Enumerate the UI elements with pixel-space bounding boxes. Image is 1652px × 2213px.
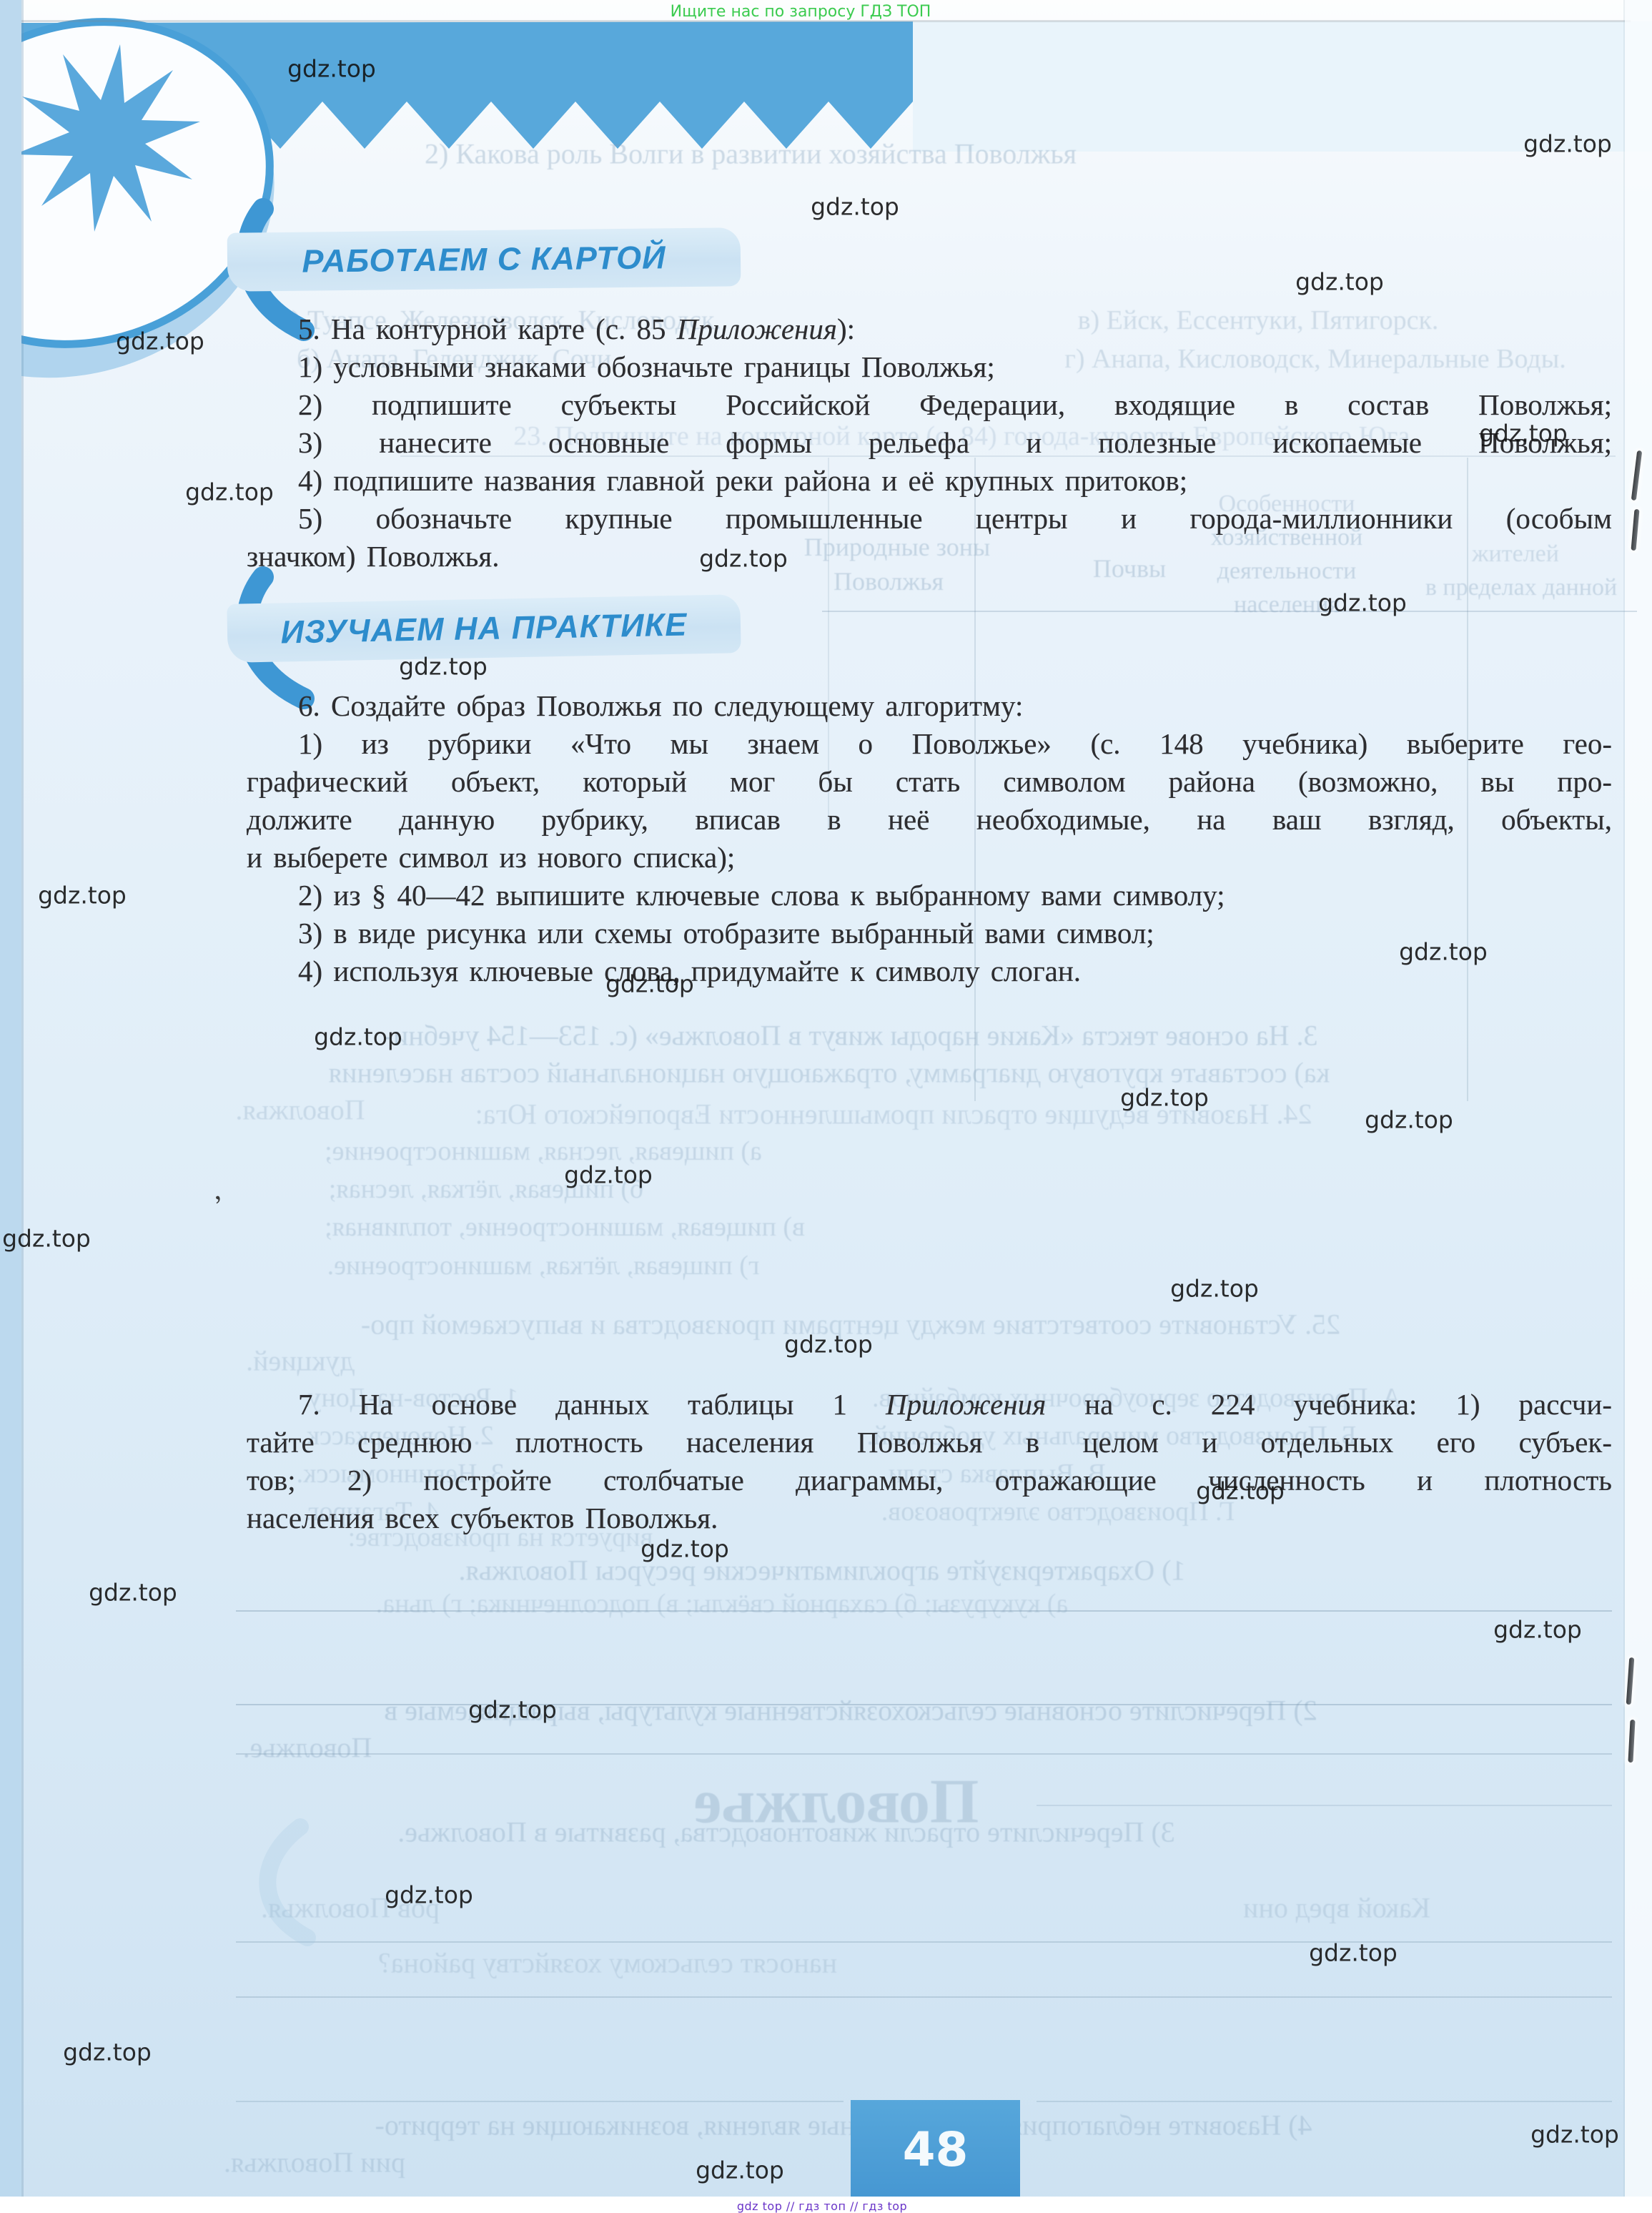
- page-right-edge-line: [1623, 0, 1625, 2213]
- ruled-line: [236, 1753, 1612, 1755]
- watermark: gdz.top: [696, 2157, 784, 2184]
- watermark: gdz.top: [1399, 938, 1488, 966]
- bleed-text: Какой вред они: [1243, 1891, 1430, 1925]
- banner-working-with-map: РАБОТАЕМ С КАРТОЙ: [227, 227, 741, 292]
- page-number: 48: [903, 2122, 969, 2177]
- watermark: gdz.top: [699, 545, 788, 573]
- bleed-text: а) пищевая, лесная, машиностроение;: [325, 1135, 762, 1167]
- ruled-line: [822, 611, 1637, 612]
- book-gutter-line: [21, 0, 24, 2213]
- watermark: gdz.top: [63, 2039, 152, 2066]
- scanned-workbook-page: Ищите нас по запросу ГДЗ ТОП 2) Какова р…: [0, 0, 1652, 2213]
- watermark: gdz.top: [605, 970, 694, 998]
- watermark: gdz.top: [1170, 1275, 1259, 1303]
- task-5-line: 2) подпишите субъекты Российской Федерац…: [247, 386, 1612, 424]
- watermark: gdz.top: [116, 327, 204, 355]
- watermark: gdz.top: [185, 478, 274, 506]
- task-5-line: 5) обозначьте крупные промышленные центр…: [247, 500, 1612, 538]
- task-7-line: тов; 2) постройте столбчатые диаграммы, …: [247, 1462, 1612, 1499]
- banner-practice-label: ИЗУЧАЕМ НА ПРАКТИКЕ: [227, 605, 741, 652]
- bleed-text: 4) Назовите неблагоприятные природные яв…: [375, 2109, 1312, 2142]
- watermark: gdz.top: [640, 1535, 729, 1563]
- task-5-line: 5. На контурной карте (с. 85 Приложения)…: [247, 310, 1612, 348]
- page-number-box: 48: [851, 2100, 1020, 2199]
- ruled-line: [236, 2101, 844, 2102]
- watermark: gdz.top: [89, 1579, 177, 1607]
- task-7-line: 7. На основе данных таблицы 1 Приложения…: [247, 1386, 1612, 1424]
- task-6-line: 6. Создайте образ Поволжья по следующему…: [247, 687, 1612, 725]
- watermark: gdz.top: [1530, 2121, 1619, 2149]
- task-5-line: 1) условными знаками обозначьте границы …: [247, 348, 1612, 386]
- watermark: gdz.top: [399, 653, 488, 681]
- stray-mark: ʼ: [211, 1188, 227, 1223]
- task-5: 5. На контурной карте (с. 85 Приложения)…: [247, 310, 1612, 576]
- task-5-line: 3) нанесите основные формы рельефа и пол…: [247, 424, 1612, 462]
- watermark: gdz.top: [38, 882, 127, 910]
- task-7-line: тайте среднюю плотность населения Поволж…: [247, 1424, 1612, 1462]
- banner-working-with-map-label: РАБОТАЕМ С КАРТОЙ: [227, 238, 741, 281]
- ruled-line: [236, 1941, 1612, 1943]
- ruled-line: [1037, 2101, 1612, 2102]
- watermark: gdz.top: [1196, 1477, 1285, 1505]
- bleed-text: Поволжье.: [243, 1731, 372, 1765]
- task-5-line: 4) подпишите названия главной реки район…: [247, 462, 1612, 500]
- ruled-line: [236, 1704, 1612, 1705]
- bleed-text: в) пищевая, машиностроение, топливная;: [325, 1211, 805, 1243]
- watermark: gdz.top: [385, 1881, 473, 1909]
- watermark: gdz.top: [564, 1161, 653, 1189]
- ruled-line: [1037, 1805, 1612, 1806]
- promo-text: Ищите нас по запросу ГДЗ ТОП: [671, 3, 931, 21]
- watermark: gdz.top: [1309, 1939, 1398, 1967]
- task-6-line: графический объект, который мог бы стать…: [247, 763, 1612, 801]
- bleed-text: наносят сельскому хозяйству района?: [378, 1946, 837, 1980]
- footer-credits: gdz top // гдз топ // гдз top: [737, 2199, 907, 2213]
- bleed-text: 2) Какова роль Волги в развитии хозяйств…: [425, 137, 1077, 171]
- task-7-line: населения всех субъектов Поволжья.: [247, 1499, 1612, 1537]
- task-6-line: должите данную рубрику, вписав в неё нео…: [247, 801, 1612, 839]
- bleed-text: 3) Перечислите отрасли животноводства, р…: [397, 1815, 1175, 1849]
- watermark: gdz.top: [1365, 1106, 1453, 1134]
- watermark: gdz.top: [468, 1696, 557, 1724]
- bleed-text: а) кукурузы; б) сахарной свёклы; в) подс…: [376, 1588, 1068, 1620]
- watermark: gdz.top: [314, 1023, 402, 1051]
- bleed-text: рии Поволжья.: [224, 2146, 405, 2179]
- task-7: 7. На основе данных таблицы 1 Приложения…: [247, 1386, 1612, 1537]
- task-6-line: 2) из § 40—42 выпишите ключевые слова к …: [247, 877, 1612, 915]
- task-5-line: значком) Поволжья.: [247, 538, 1612, 576]
- page-right-edge: [1625, 0, 1652, 2213]
- task-6-line: и выберете символ из нового списка);: [247, 839, 1612, 877]
- watermark: gdz.top: [1493, 1616, 1582, 1644]
- bleed-text: 3. На основе текста «Какие народы живут …: [383, 1019, 1317, 1053]
- watermark: gdz.top: [811, 193, 899, 221]
- bleed-text: в пределах данной: [1425, 574, 1617, 601]
- watermark: gdz.top: [1523, 130, 1612, 158]
- watermark: gdz.top: [1318, 589, 1407, 617]
- ruled-line: [236, 1610, 1612, 1612]
- ruled-line: [236, 1996, 1612, 1998]
- bleed-text: Поволжья.: [235, 1093, 365, 1127]
- bleed-text: г) пищевая, лёгкая, машиностроение.: [327, 1250, 760, 1281]
- watermark: gdz.top: [1479, 420, 1568, 448]
- watermark: gdz.top: [784, 1331, 873, 1359]
- watermark: gdz.top: [287, 55, 376, 83]
- watermark: gdz.top: [1295, 268, 1384, 296]
- watermark: gdz.top: [1120, 1084, 1209, 1112]
- bleed-text: дукцией.: [246, 1344, 355, 1378]
- bleed-text: 1) Охарактеризуйте агроклиматические рес…: [459, 1554, 1186, 1587]
- task-6-line: 1) из рубрики «Что мы знаем о Поволжье» …: [247, 725, 1612, 763]
- page-left-edge: [0, 0, 21, 2213]
- watermark: gdz.top: [2, 1225, 91, 1253]
